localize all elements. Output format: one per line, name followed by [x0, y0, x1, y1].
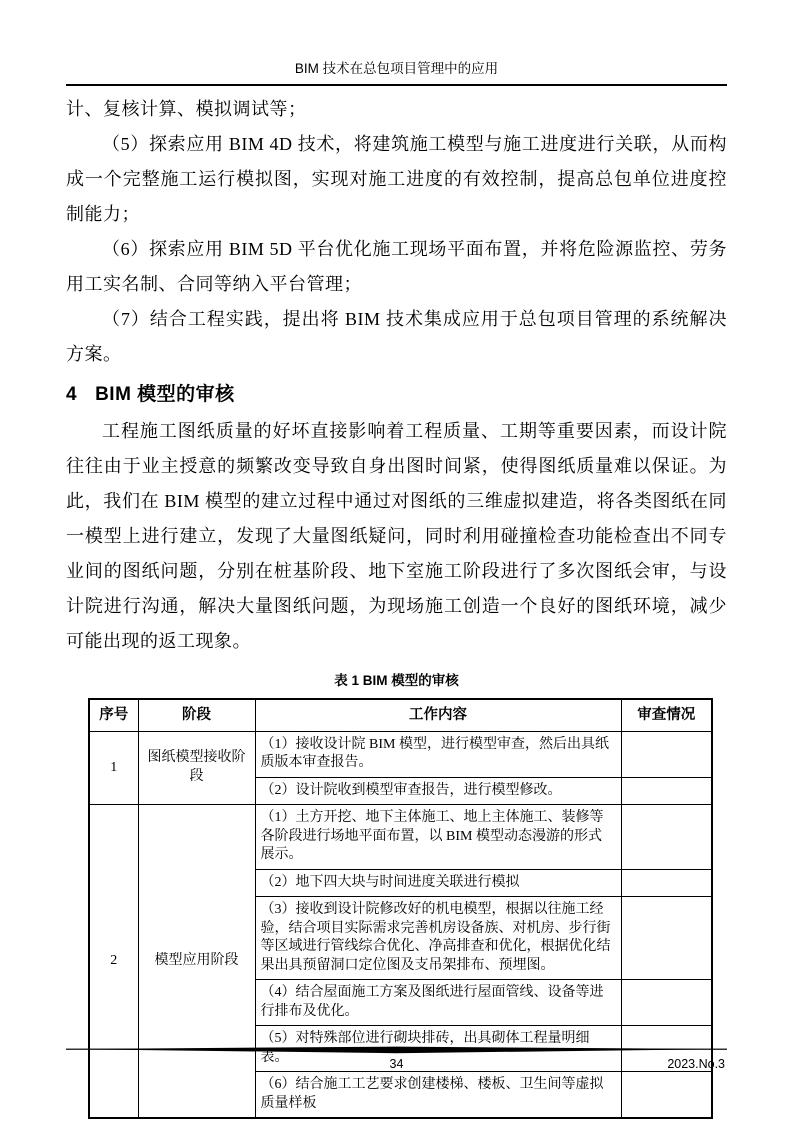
- work-item-cell: （2）地下四大块与时间进度关联进行模拟: [255, 869, 621, 897]
- running-header: BIM 技术在总包项目管理中的应用: [66, 58, 727, 86]
- body-paragraph-item5: （5）探索应用 BIM 4D 技术，将建筑施工模型与施工进度进行关联，从而构成一…: [66, 127, 727, 232]
- table-header-work: 工作内容: [255, 699, 621, 731]
- section-heading: 4BIM 模型的审核: [66, 381, 727, 408]
- table-header-row: 序号 阶段 工作内容 审查情况: [89, 699, 712, 731]
- work-item-cell: （1）土方开挖、地下主体施工、地上主体施工、装修等各阶段进行场地平面布置，以 B…: [255, 805, 621, 870]
- review-status-cell: [621, 1072, 712, 1119]
- work-item-cell: （2）设计院收到模型审查报告，进行模型修改。: [255, 777, 621, 805]
- seq-cell-group1: 1: [89, 731, 138, 805]
- body-paragraph-continuation: 计、复核计算、模拟调试等；: [66, 92, 727, 127]
- section-paragraph: 工程施工图纸质量的好坏直接影响着工程质量、工期等重要因素，而设计院往往由于业主授…: [66, 414, 727, 659]
- page-number: 34: [66, 1055, 727, 1073]
- footer-rule: [66, 1046, 727, 1054]
- work-item-cell: （4）结合屋面施工方案及图纸进行屋面管线、设备等进行排布及优化。: [255, 980, 621, 1026]
- review-status-cell: [621, 980, 712, 1026]
- page-content: 计、复核计算、模拟调试等； （5）探索应用 BIM 4D 技术，将建筑施工模型与…: [66, 92, 727, 1119]
- document-page: BIM 技术在总包项目管理中的应用 计、复核计算、模拟调试等； （5）探索应用 …: [0, 0, 793, 1122]
- work-item-cell: （6）结合施工工艺要求创建楼梯、楼板、卫生间等虚拟质量样板: [255, 1072, 621, 1119]
- running-header-title: BIM 技术在总包项目管理中的应用: [295, 61, 498, 76]
- review-status-cell: [621, 777, 712, 805]
- footer-row: 34 2023.No.3: [66, 1055, 727, 1073]
- body-paragraph-item6: （6）探索应用 BIM 5D 平台优化施工现场平面布置，并将危险源监控、劳务用工…: [66, 232, 727, 302]
- review-status-cell: [621, 897, 712, 980]
- page-footer: 34 2023.No.3: [66, 1046, 727, 1073]
- review-status-cell: [621, 731, 712, 777]
- table-header-stage: 阶段: [138, 699, 255, 731]
- body-paragraph-item7: （7）结合工程实践，提出将 BIM 技术集成应用于总包项目管理的系统解决方案。: [66, 302, 727, 372]
- work-item-cell: （1）接收设计院 BIM 模型，进行模型审查，然后出具纸质版本审查报告。: [255, 731, 621, 777]
- table-header-review: 审查情况: [621, 699, 712, 731]
- table-caption: 表 1 BIM 模型的审核: [66, 672, 727, 690]
- table-row: 2 模型应用阶段 （1）土方开挖、地下主体施工、地上主体施工、装修等各阶段进行场…: [89, 805, 712, 870]
- table-row: 1 图纸模型接收阶段 （1）接收设计院 BIM 模型，进行模型审查，然后出具纸质…: [89, 731, 712, 777]
- issue-number: 2023.No.3: [667, 1055, 725, 1073]
- table-header-seq: 序号: [89, 699, 138, 731]
- stage-cell-group1: 图纸模型接收阶段: [138, 731, 255, 805]
- section-number: 4: [66, 384, 77, 405]
- section-title: BIM 模型的审核: [95, 384, 235, 405]
- review-status-cell: [621, 869, 712, 897]
- work-item-cell: （3）接收到设计院修改好的机电模型，根据以往施工经验，结合项目实际需求完善机房设…: [255, 897, 621, 980]
- review-status-cell: [621, 805, 712, 870]
